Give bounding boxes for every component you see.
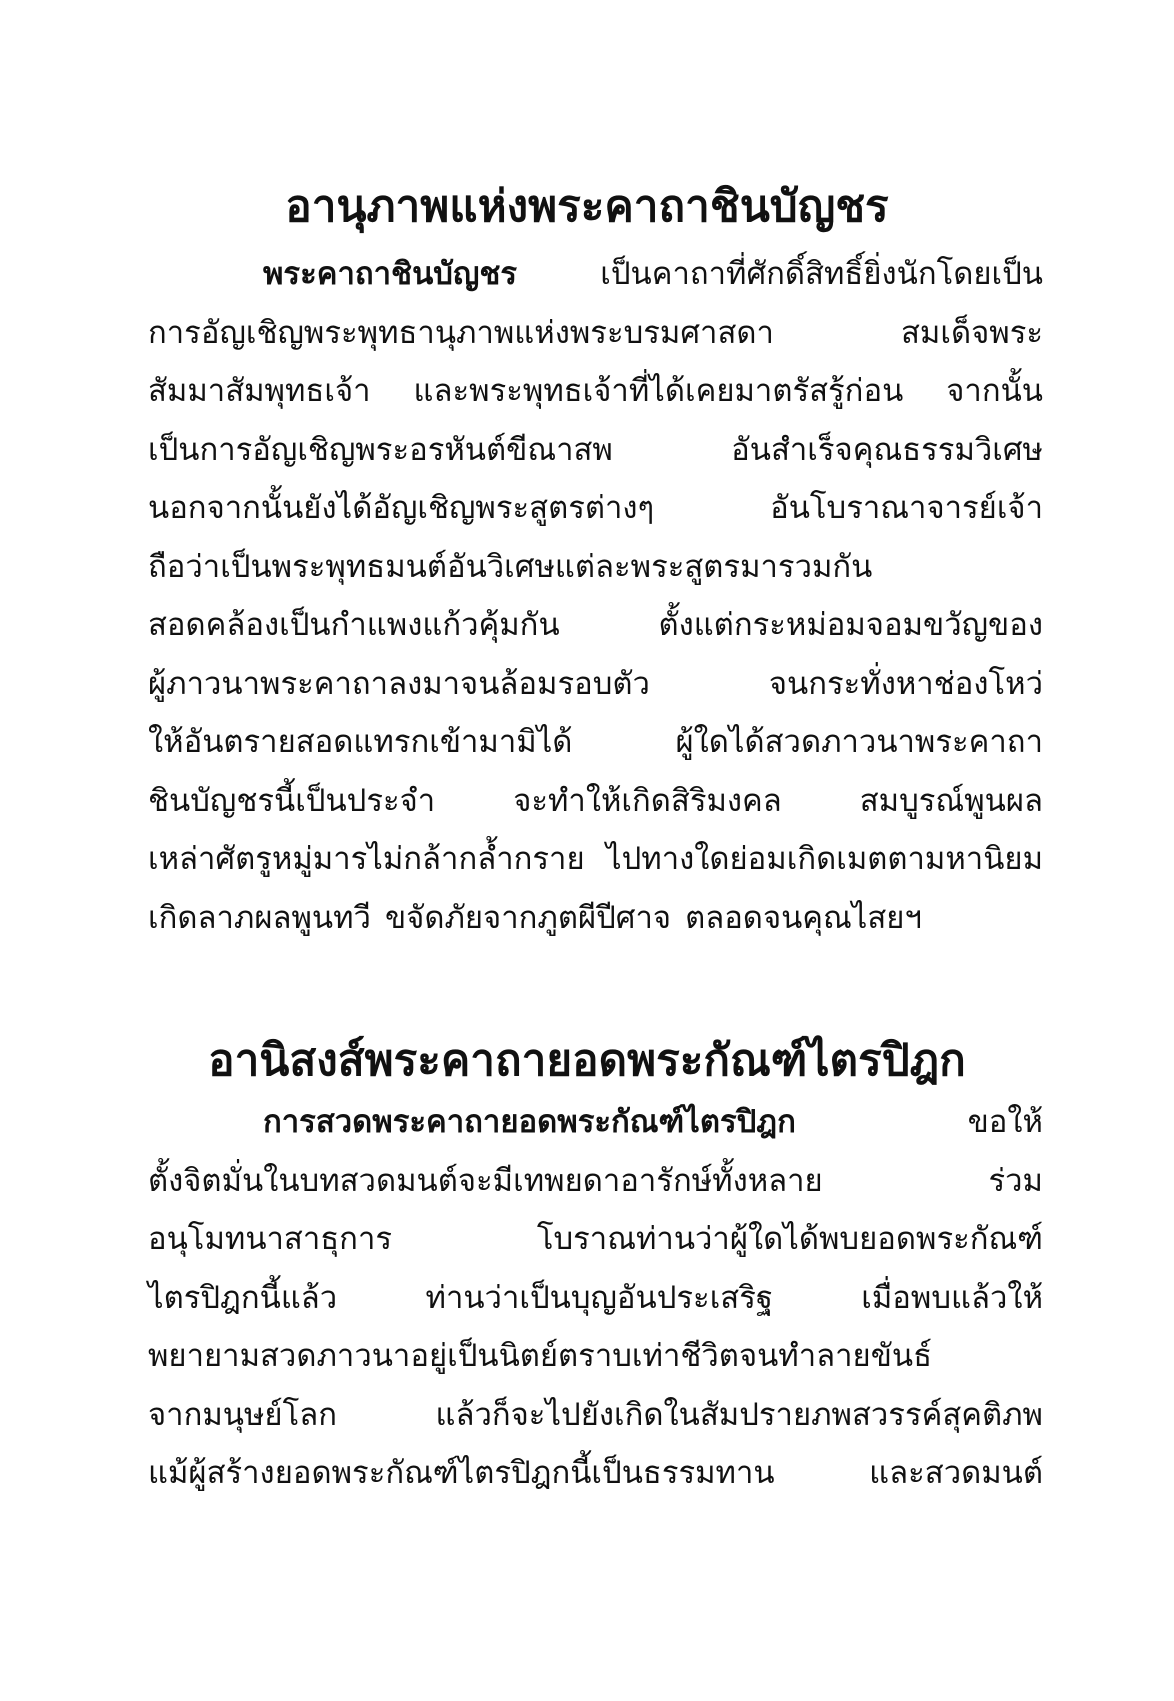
text-line: จากมนุษย์โลก แล้วก็จะไปยังเกิดในสัมปรายภ… [148,1386,1043,1445]
text-line: สัมมาสัมพุทธเจ้า และพระพุทธเจ้าที่ได้เคย… [148,362,1043,421]
text-segment: สอดคล้องเป็นกำแพงแก้วคุ้มกัน [148,596,560,655]
text-segment: ร่วม [989,1152,1044,1211]
text-line: ชินบัญชรนี้เป็นประจำ จะทำให้เกิดสิริมงคล… [148,772,1043,831]
text-segment: ผู้ภาวนาพระคาถาลงมาจนล้อมรอบตัว [148,655,650,714]
text-segment: เมื่อพบแล้วให้ [861,1269,1043,1328]
text-segment: ท่านว่าเป็นบุญอันประเสริฐ [426,1269,773,1328]
text-segment: ตั้งแต่กระหม่อมจอมขวัญของ [658,596,1043,655]
text-line: อนุโมทนาสาธุการ โบราณท่านว่าผู้ใดได้พบยอ… [148,1210,1043,1269]
text-segment: เป็นคาถาที่ศักดิ์สิทธิ์ยิ่งนักโดยเป็น [600,245,1043,304]
paragraph-yod-phra-kan: การสวดพระคาถายอดพระกัณฑ์ไตรปิฎก ขอให้ ตั… [148,1093,1043,1503]
section-title-yod-phra-kan: อานิสงส์พระคาถายอดพระกัณฑ์ไตรปิฎก [0,1031,1174,1091]
text-segment: อันสำเร็จคุณธรรมวิเศษ [731,421,1043,480]
text-segment: แล้วก็จะไปยังเกิดในสัมปรายภพสวรรค์สุคติภ… [435,1386,1043,1445]
text-segment: พยายามสวดภาวนาอยู่เป็นนิตย์ตราบเท่าชีวิต… [148,1327,932,1386]
text-segment: และพระพุทธเจ้าที่ได้เคยมาตรัสรู้ก่อน [414,362,904,421]
text-segment: เป็นการอัญเชิญพระอรหันต์ขีณาสพ [148,421,613,480]
lead-term: พระคาถาชินบัญชร [263,245,517,304]
text-segment: การอัญเชิญพระพุทธานุภาพแห่งพระบรมศาสดา [148,304,774,363]
text-segment: ให้อันตรายสอดแทรกเข้ามามิได้ [148,713,572,772]
text-segment: สมเด็จพระ [901,304,1043,363]
lead-term: การสวดพระคาถายอดพระกัณฑ์ไตรปิฎก [263,1093,796,1152]
text-line: ผู้ภาวนาพระคาถาลงมาจนล้อมรอบตัว จนกระทั่… [148,655,1043,714]
text-segment: และสวดมนต์ [869,1444,1043,1503]
text-segment: ขอให้ [968,1093,1043,1152]
text-line: ถือว่าเป็นพระพุทธมนต์อันวิเศษแต่ละพระสูต… [148,538,1043,597]
text-segment: ตั้งจิตมั่นในบทสวดมนต์จะมีเทพยดาอารักษ์ท… [148,1152,823,1211]
text-segment: อนุโมทนาสาธุการ [148,1210,392,1269]
text-segment: สัมมาสัมพุทธเจ้า [148,362,371,421]
text-line: เกิดลาภผลพูนทวี ขจัดภัยจากภูตผีปีศาจ ตลอ… [148,889,1043,948]
text-line: พยายามสวดภาวนาอยู่เป็นนิตย์ตราบเท่าชีวิต… [148,1327,1043,1386]
text-segment: จนกระทั่งหาช่องโหว่ [769,655,1043,714]
text-segment: สมบูรณ์พูนผล [860,772,1043,831]
text-segment: จากมนุษย์โลก [148,1386,337,1445]
text-segment: จากนั้น [946,362,1043,421]
text-segment: แม้ผู้สร้างยอดพระกัณฑ์ไตรปิฎกนี้เป็นธรรม… [148,1444,775,1503]
text-segment: ชินบัญชรนี้เป็นประจำ [148,772,435,831]
text-line: เหล่าศัตรูหมู่มารไม่กล้ากล้ำกราย ไปทางใด… [148,830,1043,889]
text-segment: เกิดลาภผลพูนทวี [148,889,371,948]
text-segment: นอกจากนั้นยังได้อัญเชิญพระสูตรต่างๆ [148,479,654,538]
text-line: นอกจากนั้นยังได้อัญเชิญพระสูตรต่างๆ อันโ… [148,479,1043,538]
text-line: เป็นการอัญเชิญพระอรหันต์ขีณาสพ อันสำเร็จ… [148,421,1043,480]
text-line: ไตรปิฎกนี้แล้ว ท่านว่าเป็นบุญอันประเสริฐ… [148,1269,1043,1328]
document-page: อานุภาพแห่งพระคาถาชินบัญชร พระคาถาชินบัญ… [0,0,1174,1701]
text-segment: เหล่าศัตรูหมู่มารไม่กล้ากล้ำกราย [148,830,585,889]
text-line: การอัญเชิญพระพุทธานุภาพแห่งพระบรมศาสดา ส… [148,304,1043,363]
text-line: ตั้งจิตมั่นในบทสวดมนต์จะมีเทพยดาอารักษ์ท… [148,1152,1043,1211]
section-title-chinabanchon: อานุภาพแห่งพระคาถาชินบัญชร [0,177,1174,237]
text-segment: จะทำให้เกิดสิริมงคล [513,772,782,831]
text-line: แม้ผู้สร้างยอดพระกัณฑ์ไตรปิฎกนี้เป็นธรรม… [148,1444,1043,1503]
paragraph-chinabanchon: พระคาถาชินบัญชร เป็นคาถาที่ศักดิ์สิทธิ์ย… [148,245,1043,947]
text-segment: ไตรปิฎกนี้แล้ว [148,1269,337,1328]
text-segment: ไปทางใดย่อมเกิดเมตตามหานิยม [606,830,1043,889]
text-line: พระคาถาชินบัญชร เป็นคาถาที่ศักดิ์สิทธิ์ย… [148,245,1043,304]
text-line: ให้อันตรายสอดแทรกเข้ามามิได้ ผู้ใดได้สวด… [148,713,1043,772]
text-segment: ตลอดจนคุณไสยฯ [685,889,922,948]
text-segment: ถือว่าเป็นพระพุทธมนต์อันวิเศษแต่ละพระสูต… [148,538,872,597]
text-line: การสวดพระคาถายอดพระกัณฑ์ไตรปิฎก ขอให้ [148,1093,1043,1152]
text-segment: อันโบราณาจารย์เจ้า [770,479,1043,538]
text-line: สอดคล้องเป็นกำแพงแก้วคุ้มกัน ตั้งแต่กระห… [148,596,1043,655]
text-segment: โบราณท่านว่าผู้ใดได้พบยอดพระกัณฑ์ [537,1210,1043,1269]
text-segment: ขจัดภัยจากภูตผีปีศาจ [385,889,671,948]
text-segment: ผู้ใดได้สวดภาวนาพระคาถา [675,713,1043,772]
